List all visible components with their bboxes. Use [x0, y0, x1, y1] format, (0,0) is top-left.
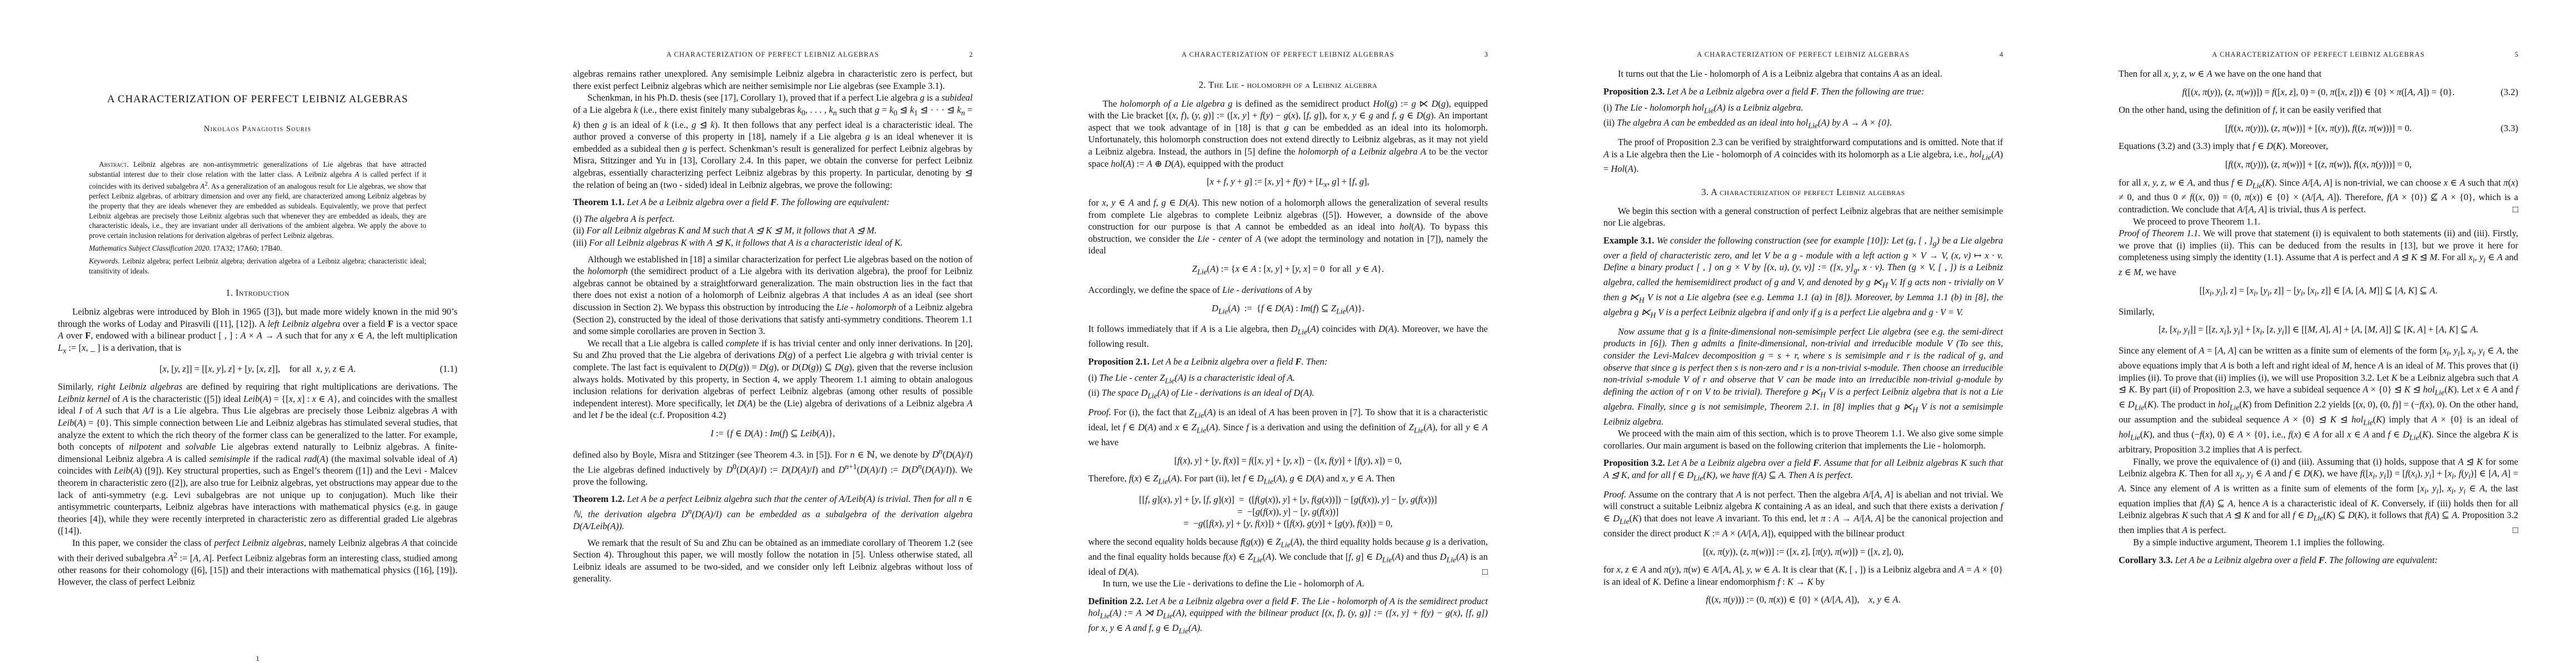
qed-box: □	[2513, 203, 2518, 216]
list-item: (ii) The algebra A can be embedded as an…	[1603, 117, 2003, 132]
equation-number: (3.3)	[2500, 122, 2518, 135]
list-item: (ii) The space DLie(A) of Lie - derivati…	[1088, 387, 1488, 402]
page-number: 5	[2515, 51, 2518, 59]
display-equation: [z, [xi, yi]] = [[z, xi], yi] + [xi, [z,…	[2119, 323, 2518, 339]
display-equation: [x, [y, z]] = [[x, y], z] + [y, [x, z]],…	[58, 363, 457, 375]
statement-list: (i) The algebra A is perfect.(ii) For al…	[573, 213, 973, 249]
paragraph: defined also by Boyle, Misra and Stitzin…	[573, 446, 973, 488]
paragraph: algebras remains rather unexplored. Any …	[573, 68, 973, 92]
paragraph: Leibniz algebras were introduced by Bloh…	[58, 306, 457, 357]
list-item: (i) The algebra A is perfect.	[573, 213, 973, 225]
statement-list: (i) The Lie - center ZLie(A) is a charac…	[1088, 372, 1488, 402]
equation-body: DLie(A) := {f ∈ D(A) : Im(f) ⊆ ZLie(A)}.	[1212, 303, 1364, 313]
list-item: (ii) For all Leibniz algebras K and M su…	[573, 225, 973, 237]
paragraph: The proof of Proposition 2.3 can be veri…	[1603, 136, 2003, 175]
running-title: A CHARACTERIZATION OF PERFECT LEIBNIZ AL…	[1182, 51, 1394, 58]
equation-line: = −g([f(x), y] + [y, f(x)]) + ([f(x), g(…	[1088, 517, 1488, 530]
equation-body: [(x, π(y)), (z, π(w))] := ([x, z], [π(y)…	[1703, 546, 1904, 557]
display-equation: [x + f, y + g] := [x, y] + f(y) + [Lx, g…	[1088, 176, 1488, 191]
section-heading: 3. A characterization of perfect Leibniz…	[1603, 186, 2003, 198]
meta-line: Keywords. Leibniz algebra; perfect Leibn…	[89, 256, 426, 276]
paragraph: Therefore, f(x) ∈ ZLie(A). For part (ii)…	[1088, 472, 1488, 487]
paper-author: Nikolaos Panagiotis Souris	[58, 123, 457, 136]
display-equation: DLie(A) := {f ∈ D(A) : Im(f) ⊆ ZLie(A)}.	[1088, 302, 1488, 317]
display-equation: I := {f ∈ D(A) : Im(f) ⊆ Leib(A)},	[573, 427, 973, 440]
page-content: Then for all x, y, z, w ∈ A we have on t…	[2119, 68, 2518, 570]
equation-body: f((x, π(y))) := (0, π(x)) ∈ {0} × (A/[A,…	[1706, 594, 1900, 605]
running-title: A CHARACTERIZATION OF PERFECT LEIBNIZ AL…	[1697, 51, 1910, 58]
paragraph: By a simple inductive argument, Theorem …	[2119, 536, 2518, 549]
running-title: A CHARACTERIZATION OF PERFECT LEIBNIZ AL…	[666, 51, 879, 58]
paragraph: where the second equality holds because …	[1088, 536, 1488, 578]
paragraph: It turns out that the Lie - holomorph of…	[1603, 68, 2003, 80]
display-equation: f([(x, π(y)), (z, π(w))]) = f([x, z], 0)…	[2119, 86, 2518, 98]
theorem-block: Proposition 2.1. Let A be a Leibniz alge…	[1088, 356, 1488, 368]
theorem-block: Proposition 3.2. Let A be a Leibniz alge…	[1603, 457, 2003, 484]
theorem-block: Definition 2.2. Let A be a Leibniz algeb…	[1088, 595, 1488, 637]
paragraph: Equations (3.2) and (3.3) imply that f ∈…	[2119, 140, 2518, 152]
paragraph: for x, y ∈ A and f, g ∈ D(A). This new n…	[1088, 197, 1488, 257]
paragraph: We proceed with the main aim of this sec…	[1603, 427, 2003, 451]
equation-body: ZLie(A) := {x ∈ A : [x, y] + [y, x] = 0 …	[1192, 263, 1384, 274]
list-item: (iii) For all Leibniz algebras K with A …	[573, 237, 973, 249]
page-2: A CHARACTERIZATION OF PERFECT LEIBNIZ AL…	[515, 0, 1030, 667]
paragraph: Schenkman, in his Ph.D. thesis (see [17]…	[573, 92, 973, 191]
page-5: A CHARACTERIZATION OF PERFECT LEIBNIZ AL…	[2061, 0, 2576, 667]
theorem-label: Example 3.1.	[1603, 235, 1655, 246]
display-equation: ZLie(A) := {x ∈ A : [x, y] + [y, x] = 0 …	[1088, 263, 1488, 278]
equation-line: = −[g(f(x)), y] − [y, g(f(x))]	[1088, 506, 1488, 518]
theorem-block: Theorem 1.1. Let A be a Leibniz algebra …	[573, 196, 973, 208]
theorem-label: Proposition 2.1.	[1088, 356, 1149, 367]
equation-body: f([(x, π(y)), (z, π(w))]) = f([x, z], 0)…	[2182, 87, 2454, 97]
paragraph: In this paper, we consider the class of …	[58, 537, 457, 588]
paragraph: for x, z ∈ A and π(y), π(w) ∈ A/[A, A], …	[1603, 564, 2003, 588]
running-head: A CHARACTERIZATION OF PERFECT LEIBNIZ AL…	[573, 51, 973, 59]
list-item: (i) The Lie - center ZLie(A) is a charac…	[1088, 372, 1488, 387]
theorem-block: Example 3.1. We consider the following c…	[1603, 235, 2003, 321]
running-head: A CHARACTERIZATION OF PERFECT LEIBNIZ AL…	[1603, 51, 2003, 59]
paragraph: We proceed to prove Theorem 1.1.	[2119, 216, 2518, 228]
equation-body: I := {f ∈ D(A) : Im(f) ⊆ Leib(A)},	[710, 428, 835, 439]
equation-body: [x, [y, z]] = [[x, y], z] + [y, [x, z]],…	[160, 364, 356, 374]
page-number: 4	[2000, 51, 2003, 59]
paragraph: Finally, we prove the equivalence of (i)…	[2119, 456, 2518, 536]
section-heading: 2. The Lie - holomorph of a Leibniz alge…	[1088, 79, 1488, 91]
paragraph: Similarly,	[2119, 306, 2518, 318]
paragraph: On the other hand, using the definition …	[2119, 104, 2518, 116]
display-equation: [f((x, π(y))), (z, π(w))] + [(x, π(y)), …	[2119, 122, 2518, 135]
page-1: A CHARACTERIZATION OF PERFECT LEIBNIZ AL…	[0, 0, 515, 667]
paragraph: Since any element of A = [A, A] can be w…	[2119, 345, 2518, 455]
section-heading: 1. Introduction	[58, 287, 457, 299]
paragraph: Although we established in [18] a simila…	[573, 253, 973, 337]
equation-body: [z, [xi, yi]] = [[z, xi], yi] + [xi, [z,…	[2159, 324, 2478, 335]
running-title: A CHARACTERIZATION OF PERFECT LEIBNIZ AL…	[2212, 51, 2425, 58]
equation-body: [f((x, π(y))), (z, π(w))] + [(z, π(w)), …	[2225, 159, 2411, 170]
page-number: 3	[1484, 51, 1488, 59]
theorem-block: Corollary 3.3. Let A be a Leibniz algebr…	[2119, 554, 2518, 566]
display-equation: [[f, g](x), y] + [y, [f, g](x)] = ([f(g(…	[1088, 494, 1488, 530]
page-content: A CHARACTERIZATION OF PERFECT LEIBNIZ AL…	[58, 0, 457, 588]
equation-body: [f((x, π(y))), (z, π(w))] + [(x, π(y)), …	[2225, 123, 2411, 133]
paragraph: The holomorph of a Lie algebra g is defi…	[1088, 98, 1488, 170]
display-equation: [(x, π(y)), (z, π(w))] := ([x, z], [π(y)…	[1603, 546, 2003, 558]
page-content: 2. The Lie - holomorph of a Leibniz alge…	[1088, 68, 1488, 641]
paragraph: Proof of Theorem 1.1. We will prove that…	[2119, 227, 2518, 278]
theorem-label: Corollary 3.3.	[2119, 555, 2173, 565]
display-equation: f((x, π(y))) := (0, π(x)) ∈ {0} × (A/[A,…	[1603, 594, 2003, 606]
running-head: A CHARACTERIZATION OF PERFECT LEIBNIZ AL…	[2119, 51, 2518, 59]
paragraph: We begin this section with a general con…	[1603, 205, 2003, 229]
theorem-block: Proposition 2.3. Let A be a Leibniz alge…	[1603, 86, 2003, 98]
paragraph: We recall that a Lie algebra is called c…	[573, 337, 973, 421]
statement-list: (i) The Lie - holomorph holLie(A) is a L…	[1603, 102, 2003, 132]
paragraph: Then for all x, y, z, w ∈ A we have on t…	[2119, 68, 2518, 80]
paragraph: for all x, y, z, w ∈ A, and thus f ∈ DLi…	[2119, 177, 2518, 216]
theorem-label: Theorem 1.2.	[573, 494, 625, 504]
qed-box: □	[1482, 566, 1488, 578]
document-canvas: arXiv:2509.05990v1 [math.RA] 7 Sep 2025 …	[0, 0, 2576, 667]
display-equation: [f((x, π(y))), (z, π(w))] + [(z, π(w)), …	[2119, 158, 2518, 171]
page-content: algebras remains rather unexplored. Any …	[573, 68, 973, 585]
abstract: Abstract. Leibniz algebras are non-antis…	[89, 160, 426, 241]
footer-page-number: 1	[0, 654, 515, 663]
display-equation: [[xi, yi], z] = [xi, [yi, z]] − [yi, [xi…	[2119, 285, 2518, 300]
theorem-label: Proposition 2.3.	[1603, 86, 1665, 97]
paragraph: Proof. Assume on the contrary that A is …	[1603, 489, 2003, 540]
theorem-label: Definition 2.2.	[1088, 596, 1144, 606]
page-content: It turns out that the Lie - holomorph of…	[1603, 68, 2003, 612]
meta-line: Mathematics Subject Classification 2020.…	[89, 243, 426, 253]
paragraph: Accordingly, we define the space of Lie …	[1088, 284, 1488, 296]
paragraph: It follows immediately that if A is a Li…	[1088, 323, 1488, 350]
equation-body: [f(x), y] + [y, f(x)] = f([x, y] + [y, x…	[1174, 455, 1402, 466]
list-item: (i) The Lie - holomorph holLie(A) is a L…	[1603, 102, 2003, 117]
display-equation: [f(x), y] + [y, f(x)] = f([x, y] + [y, x…	[1088, 455, 1488, 467]
paper-title: A CHARACTERIZATION OF PERFECT LEIBNIZ AL…	[58, 93, 457, 106]
qed-box: □	[2498, 524, 2518, 536]
equation-line: [[f, g](x), y] + [y, [f, g](x)] = ([f(g(…	[1088, 494, 1488, 506]
theorem-label: Theorem 1.1.	[573, 197, 625, 207]
equation-number: (1.1)	[440, 363, 457, 375]
page-4: A CHARACTERIZATION OF PERFECT LEIBNIZ AL…	[1546, 0, 2061, 667]
paragraph: In turn, we use the Lie - derivations to…	[1088, 578, 1488, 590]
theorem-continuation: Now assume that g is a finite-dimensiona…	[1603, 326, 2003, 427]
theorem-block: Theorem 1.2. Let A be a perfect Leibniz …	[573, 493, 973, 532]
page-number: 2	[969, 51, 973, 59]
paragraph: We remark that the result of Su and Zhu …	[573, 537, 973, 585]
running-head: A CHARACTERIZATION OF PERFECT LEIBNIZ AL…	[1088, 51, 1488, 59]
equation-body: [x + f, y + g] := [x, y] + f(y) + [Lx, g…	[1207, 176, 1369, 187]
paragraph: Proof. For (i), the fact that ZLie(A) is…	[1088, 406, 1488, 448]
page-3: A CHARACTERIZATION OF PERFECT LEIBNIZ AL…	[1030, 0, 1546, 667]
paragraph: Similarly, right Leibniz algebras are de…	[58, 381, 457, 537]
theorem-label: Proposition 3.2.	[1603, 457, 1665, 468]
equation-body: [[xi, yi], z] = [xi, [yi, z]] − [yi, [xi…	[2199, 285, 2437, 296]
equation-number: (3.2)	[2500, 86, 2518, 98]
